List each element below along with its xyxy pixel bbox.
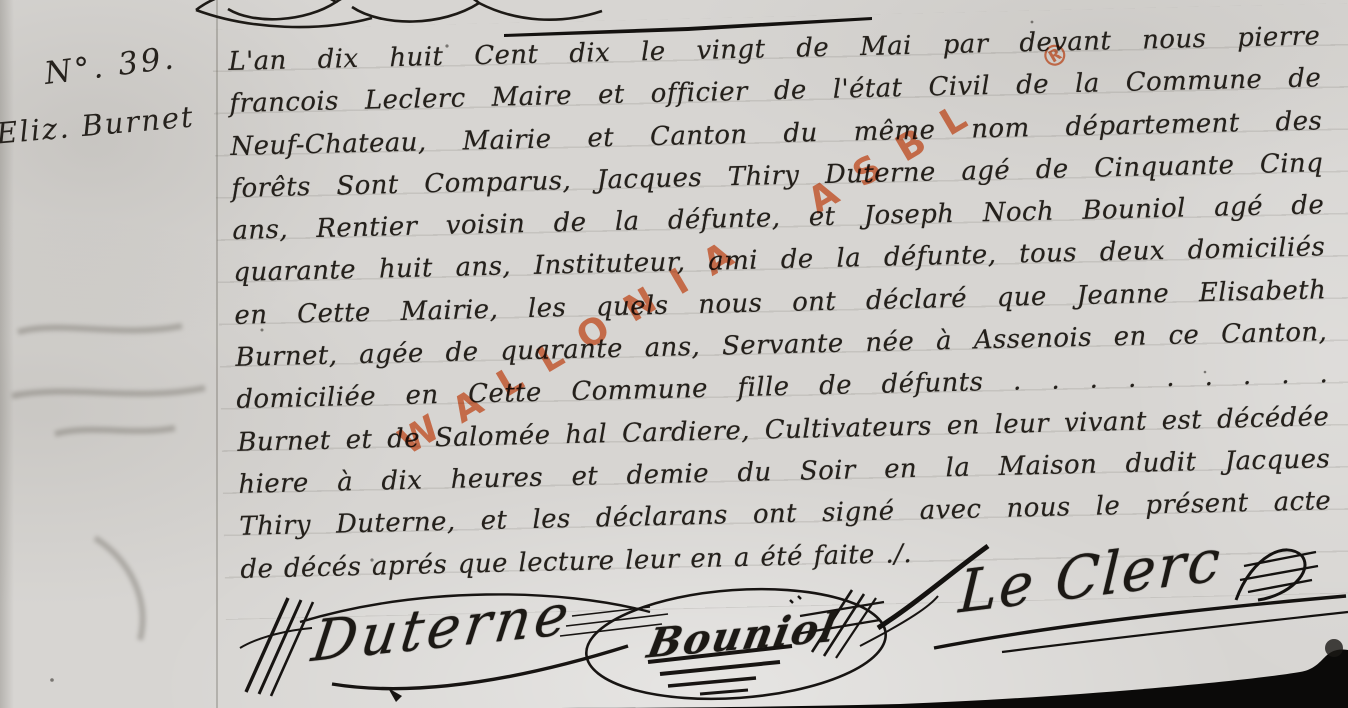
- top-signature-flourish: [196, 0, 602, 27]
- act-text-block: L'an dix huit Cent dix le vingt de Mai p…: [228, 15, 1333, 590]
- edge-smudge: [1325, 639, 1343, 657]
- scanned-death-record-page: { "record": { "margin_number": "N°. 39."…: [0, 0, 1348, 708]
